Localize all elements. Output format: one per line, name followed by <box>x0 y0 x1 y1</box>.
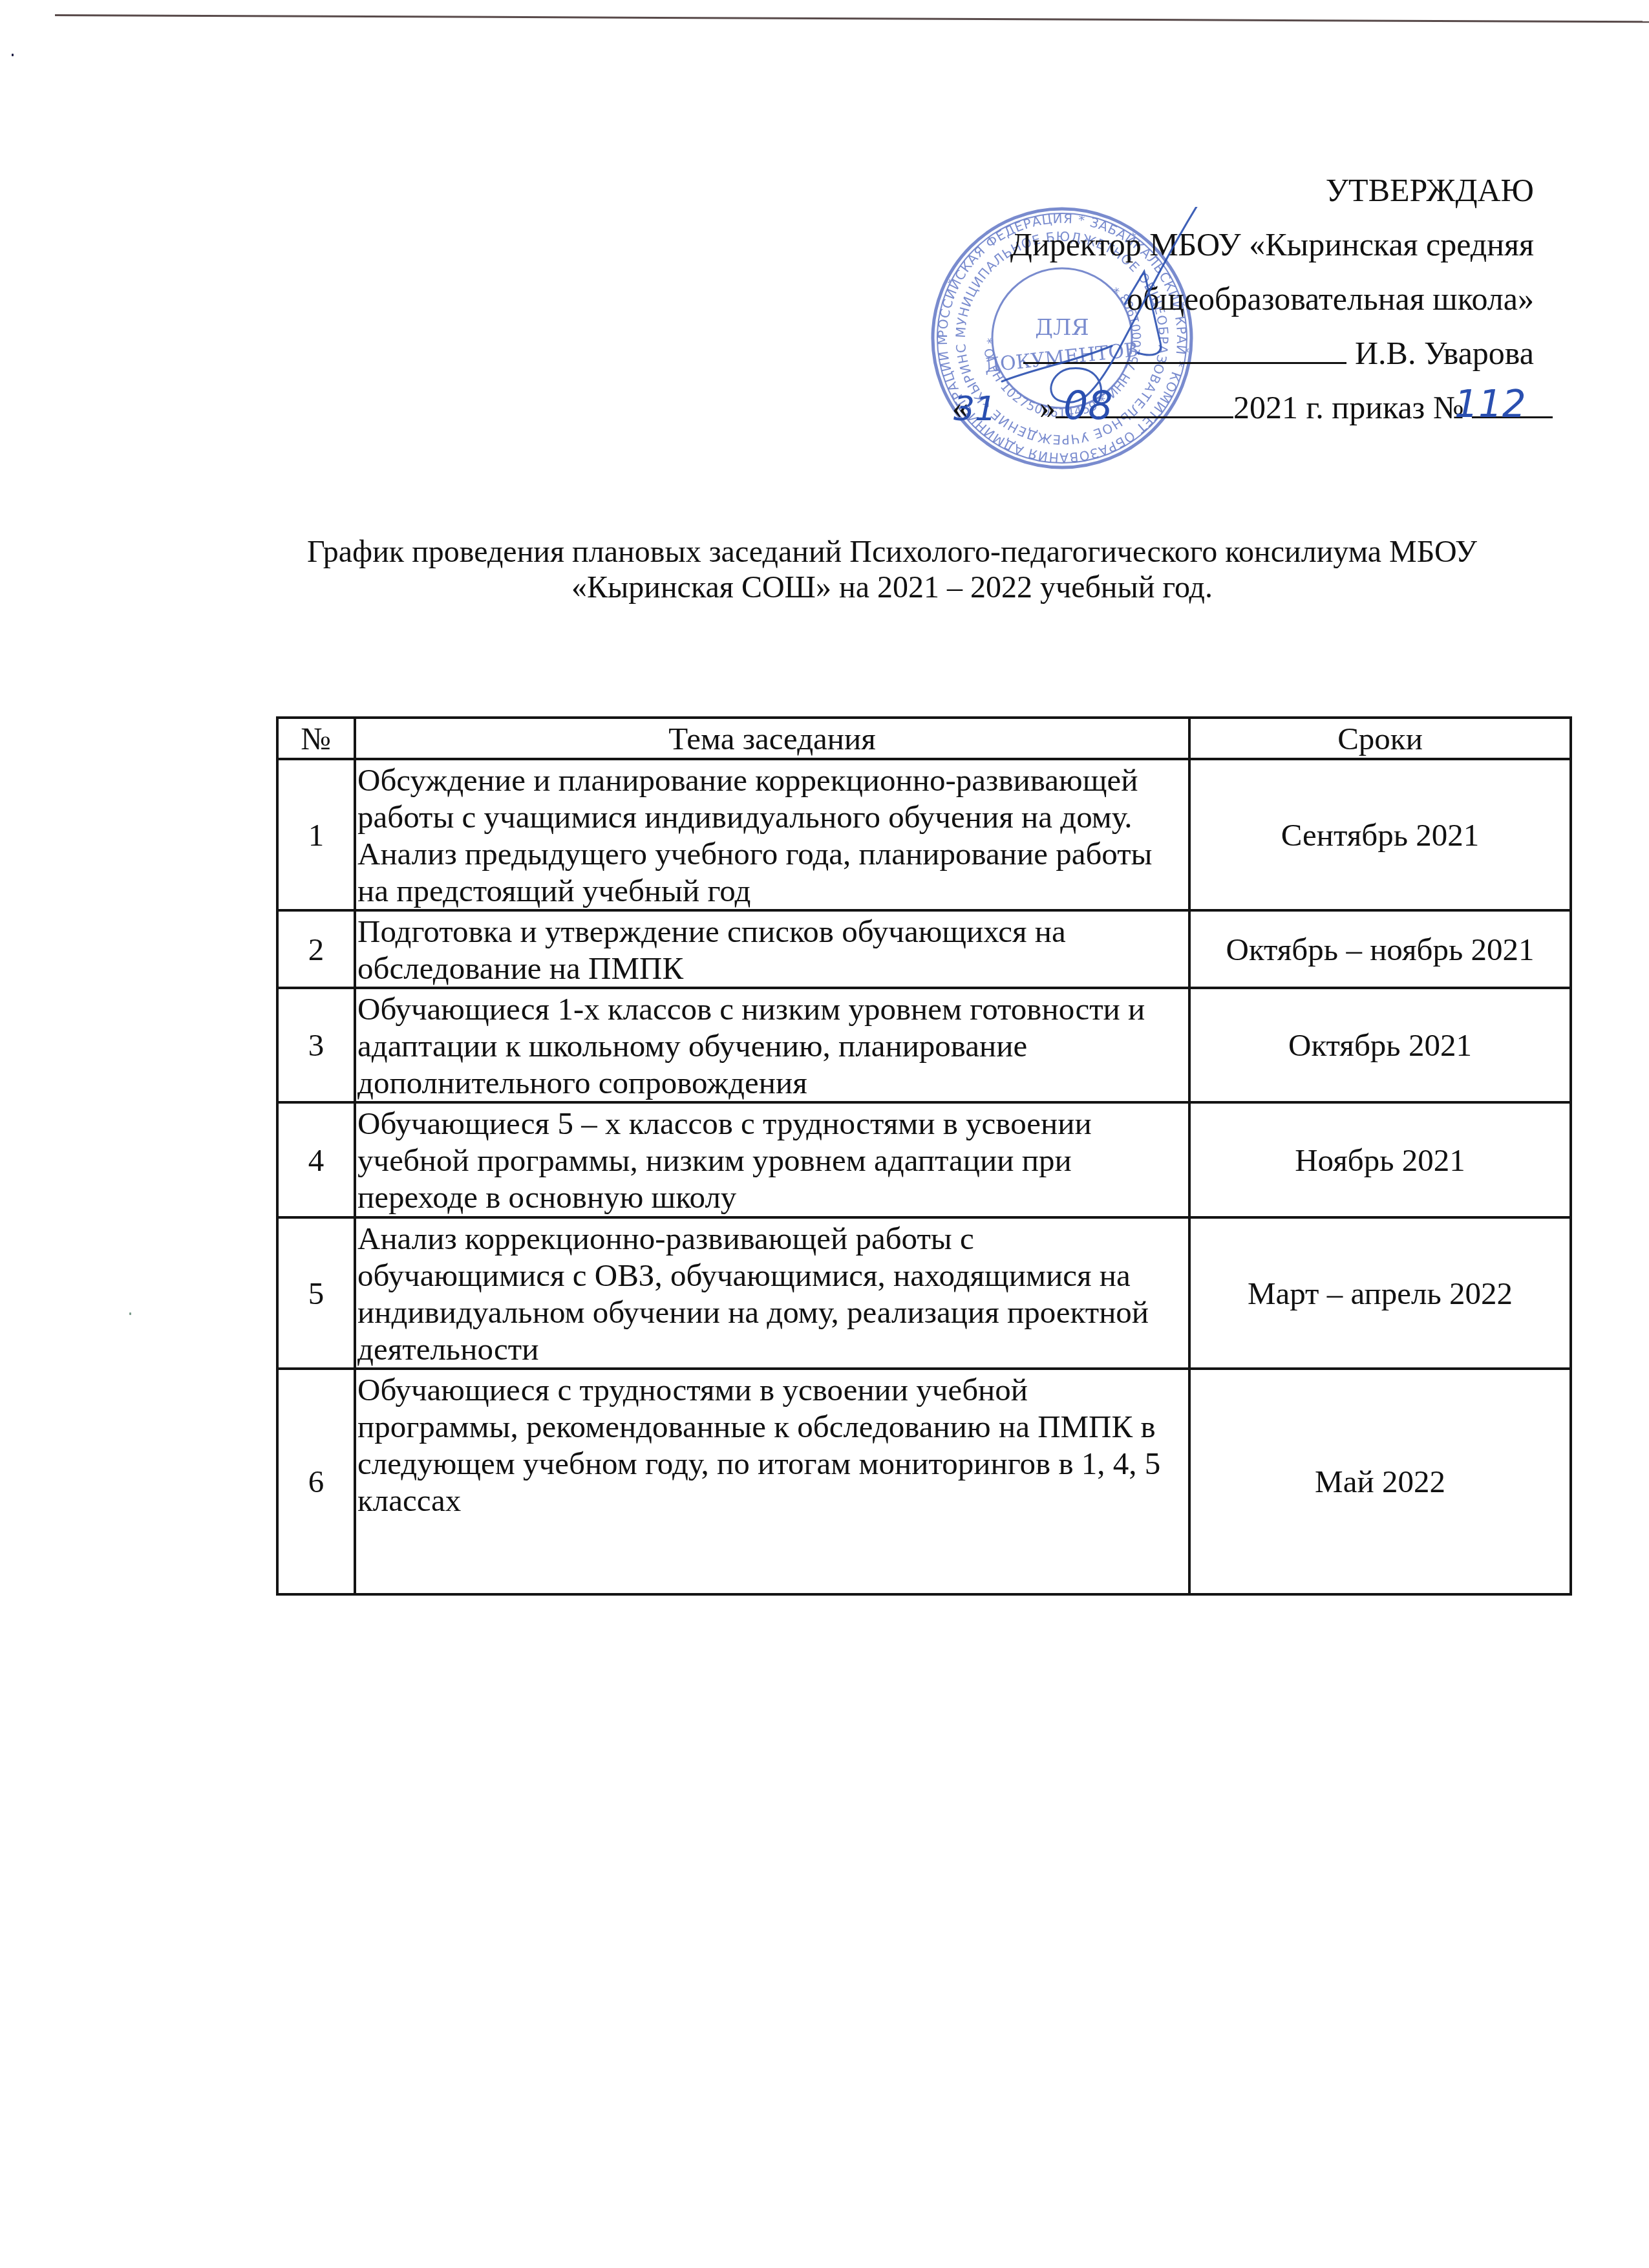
handwritten-order-number: 112 <box>1448 378 1538 430</box>
header-number: № <box>277 718 355 759</box>
document-title: График проведения плановых заседаний Пси… <box>284 534 1500 605</box>
approval-signatory: И.В. Уварова <box>1355 335 1534 371</box>
date-month-blank <box>1056 388 1233 418</box>
approval-signature-line: И.В. Уварова <box>952 326 1534 380</box>
approval-block: УТВЕРЖДАЮ Директор МБОУ «Кыринская средн… <box>952 163 1534 434</box>
scan-speck <box>12 54 14 56</box>
header-term: Сроки <box>1189 718 1571 759</box>
meeting-schedule-table: № Тема заседания Сроки 1 Обсуждение и пл… <box>276 716 1572 1596</box>
signature-blank <box>1023 334 1346 364</box>
title-line1: График проведения плановых заседаний Пси… <box>284 534 1500 570</box>
row-topic: Обучающиеся 5 – х классов с трудностями … <box>355 1102 1189 1217</box>
table-row: 4 Обучающиеся 5 – х классов с трудностям… <box>277 1102 1571 1217</box>
row-number: 6 <box>277 1369 355 1594</box>
approval-position-line2: общеобразовательная школа» <box>952 272 1534 326</box>
row-number: 1 <box>277 759 355 910</box>
row-topic: Обучающиеся 1-х классов с низким уровнем… <box>355 988 1189 1102</box>
scan-speck <box>129 1312 131 1315</box>
row-topic: Обучающиеся с трудностями в усвоении уче… <box>355 1369 1189 1594</box>
row-number: 2 <box>277 910 355 988</box>
approval-position-line1: Директор МБОУ «Кыринская средняя <box>952 217 1534 272</box>
table-row: 3 Обучающиеся 1-х классов с низким уровн… <box>277 988 1571 1102</box>
row-term: Ноябрь 2021 <box>1189 1102 1571 1217</box>
table-header-row: № Тема заседания Сроки <box>277 718 1571 759</box>
row-term: Май 2022 <box>1189 1369 1571 1594</box>
row-topic: Подготовка и утверждение списков обучающ… <box>355 910 1189 988</box>
row-number: 4 <box>277 1102 355 1217</box>
scan-edge-line <box>55 14 1649 23</box>
header-topic: Тема заседания <box>355 718 1189 759</box>
date-close-quote: » <box>1039 389 1056 425</box>
row-term: Март – апрель 2022 <box>1189 1217 1571 1369</box>
row-topic: Анализ коррекционно-развивающей работы с… <box>355 1217 1189 1369</box>
row-topic: Обсуждение и планирование коррекционно-р… <box>355 759 1189 910</box>
svg-text:112: 112 <box>1454 382 1526 426</box>
table-row: 1 Обсуждение и планирование коррекционно… <box>277 759 1571 910</box>
table-row: 6 Обучающиеся с трудностями в усвоении у… <box>277 1369 1571 1594</box>
row-term: Октябрь 2021 <box>1189 988 1571 1102</box>
approval-heading: УТВЕРЖДАЮ <box>952 163 1534 217</box>
title-line2: «Кыринская СОШ» на 2021 – 2022 учебный г… <box>284 570 1500 605</box>
approval-date-line: «»2021 г. приказ № <box>952 380 1534 434</box>
table-row: 5 Анализ коррекционно-развивающей работы… <box>277 1217 1571 1369</box>
row-term: Октябрь – ноябрь 2021 <box>1189 910 1571 988</box>
row-number: 5 <box>277 1217 355 1369</box>
row-term: Сентябрь 2021 <box>1189 759 1571 910</box>
table-row: 2 Подготовка и утверждение списков обуча… <box>277 910 1571 988</box>
row-number: 3 <box>277 988 355 1102</box>
date-year-order-label: 2021 г. приказ № <box>1233 389 1464 425</box>
date-open-quote: « <box>952 389 968 425</box>
